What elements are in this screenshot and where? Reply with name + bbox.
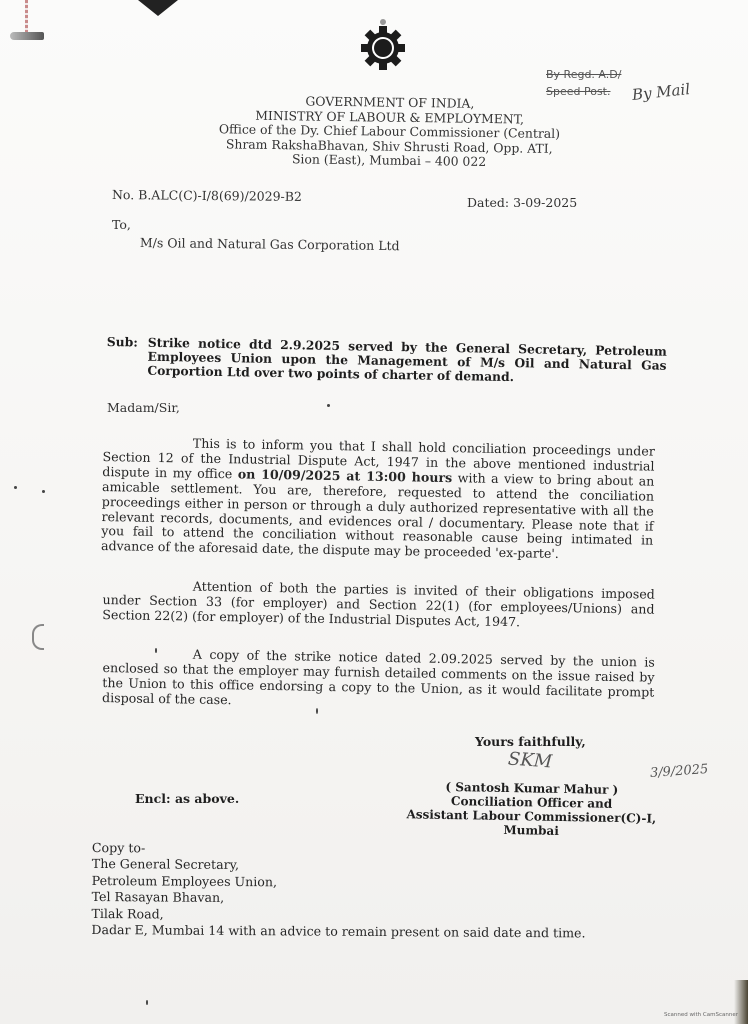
scanned-letter-page: GOVERNMENT OF INDIA, MINISTRY OF LABOUR … [0, 0, 748, 1024]
reference-number: No. B.ALC(C)-I/8(69)/2029-B2 [112, 187, 302, 204]
salutation: Madam/Sir, [107, 400, 180, 415]
staple-pin-wire [25, 0, 28, 34]
signature-date: 3/9/2025 [650, 762, 709, 781]
addressee-name: M/s Oil and Natural Gas Corporation Ltd [140, 235, 400, 253]
handwritten-signature: SKM [507, 748, 553, 772]
to-label: To, [112, 217, 131, 232]
staple-pin-head [10, 32, 44, 40]
scan-corner-artifact [138, 0, 178, 16]
letter-date: Dated: 3-09-2025 [467, 195, 577, 210]
scan-speck [14, 486, 17, 489]
subject-label: Sub: [107, 335, 138, 350]
dispatch-mode: By Regd. A.D/ Speed Post. By Mail [546, 66, 621, 100]
copy-to-line: Dadar E, Mumbai 14 with an advice to rem… [91, 922, 585, 942]
valediction: Yours faithfully, [475, 734, 586, 749]
copy-to-line: Tel Rasayan Bhavan, [92, 889, 586, 909]
letterhead: GOVERNMENT OF INDIA, MINISTRY OF LABOUR … [199, 93, 580, 171]
copy-to-block: Copy to- The General Secretary, Petroleu… [91, 840, 586, 942]
gear-emblem-icon [355, 12, 411, 72]
p2-text: Attention of both the parties is invited… [102, 579, 655, 630]
p1-text-end: with a view to bring about an amicable s… [101, 470, 654, 561]
subject-block: Sub: Strike notice dtd 2.9.2025 served b… [106, 335, 667, 387]
scan-speck [327, 404, 330, 407]
margin-bracket-mark [32, 624, 44, 650]
enclosure-note: Encl: as above. [135, 791, 239, 806]
scan-speck [146, 1000, 148, 1005]
signatory-block: ( Santosh Kumar Mahur ) Conciliation Off… [391, 779, 672, 840]
scanner-watermark: Scanned with CamScanner [664, 1012, 738, 1018]
p3-text: A copy of the strike notice dated 2.09.2… [102, 647, 655, 707]
subject-text: Strike notice dtd 2.9.2025 served by the… [147, 336, 667, 388]
body-paragraph-3: A copy of the strike notice dated 2.09.2… [102, 646, 655, 715]
dispatch-printed-line: Speed Post. [546, 83, 621, 100]
scan-speck [42, 490, 45, 493]
body-paragraph-2: Attention of both the parties is invited… [102, 578, 655, 632]
body-paragraph-1: This is to inform you that I shall hold … [101, 435, 655, 564]
dispatch-struck-line: By Regd. A.D/ [546, 66, 621, 83]
dispatch-handwritten-note: By Mail [631, 81, 691, 104]
